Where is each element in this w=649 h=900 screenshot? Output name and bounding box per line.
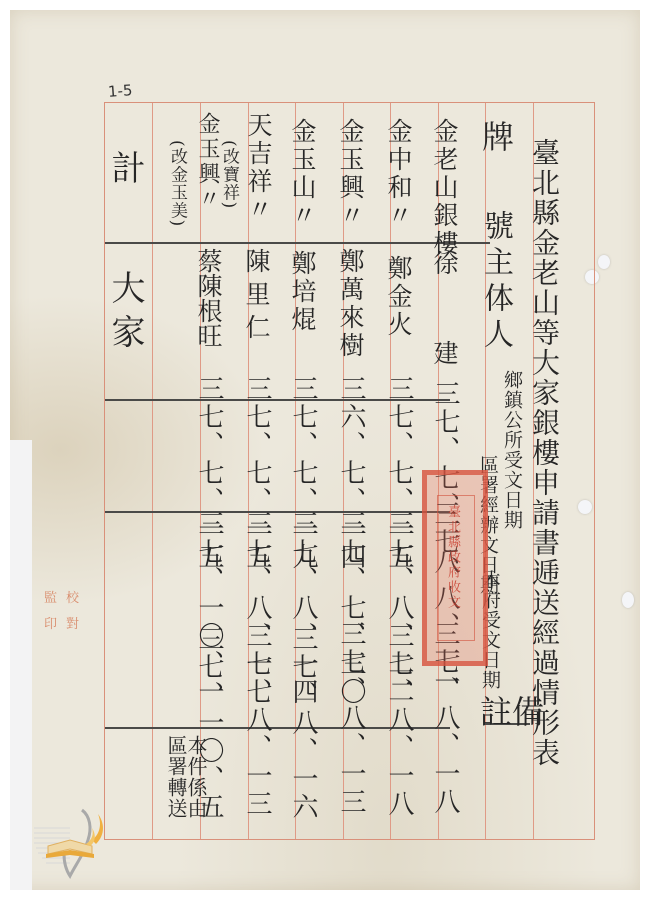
row-6-shop: 金玉興〃: [196, 112, 218, 212]
total-label: 計: [108, 150, 142, 190]
header-brand: 牌: [480, 120, 512, 158]
header-owner: 號主体人: [480, 210, 510, 354]
check-stamp-char: 校: [66, 592, 79, 605]
row-5-owner: 陳里仁: [244, 248, 269, 347]
row-4-owner: 鄭培焜: [290, 250, 315, 334]
row-4-county-date: 三七、八、一六: [290, 625, 316, 821]
row-6-shop-note: (改金玉美): [168, 140, 185, 227]
row-5-county-date: 三七、八、一三: [244, 622, 270, 818]
header-remarks: 備 註: [478, 695, 542, 900]
check-stamp-char: 印: [44, 618, 57, 631]
row-3-county-date: 三七、八、一三: [338, 620, 364, 816]
row-4-shop: 金玉山〃: [290, 118, 315, 230]
archive-logo-icon: [30, 800, 114, 880]
paper-edge: [10, 440, 32, 890]
header-town-date: 鄉鎮公所受文日期: [502, 370, 521, 530]
binding-hole: [598, 255, 610, 269]
row-2-county-date: 三七、八、一八: [386, 622, 412, 818]
total-value: 大家: [108, 270, 142, 358]
footnote: 本件係由區署轉送: [166, 735, 206, 835]
row-2-owner: 鄭金火: [386, 255, 411, 339]
row-5-shop-note: (改寶祥): [220, 140, 237, 209]
official-seal: 臺北縣政府收文: [422, 470, 488, 666]
row-2-shop: 金中和〃: [386, 118, 411, 230]
row-1-owner: 徐 建: [432, 250, 457, 385]
row-3-shop: 金玉興〃: [338, 118, 363, 230]
row-3-owner: 鄭萬來樹: [338, 248, 363, 360]
document-title: 臺北縣金老山等大家銀樓申請書逓送經過情形表: [530, 138, 558, 768]
row-1-shop: 金老山銀樓: [432, 118, 457, 258]
page-number: 1-5: [107, 81, 133, 101]
row-6-owner: 蔡陳根旺: [196, 248, 221, 348]
check-stamp-char: 對: [66, 618, 79, 631]
row-5-shop: 天吉祥〃: [246, 112, 271, 224]
binding-hole: [622, 592, 634, 608]
check-stamp-char: 監: [44, 592, 57, 605]
